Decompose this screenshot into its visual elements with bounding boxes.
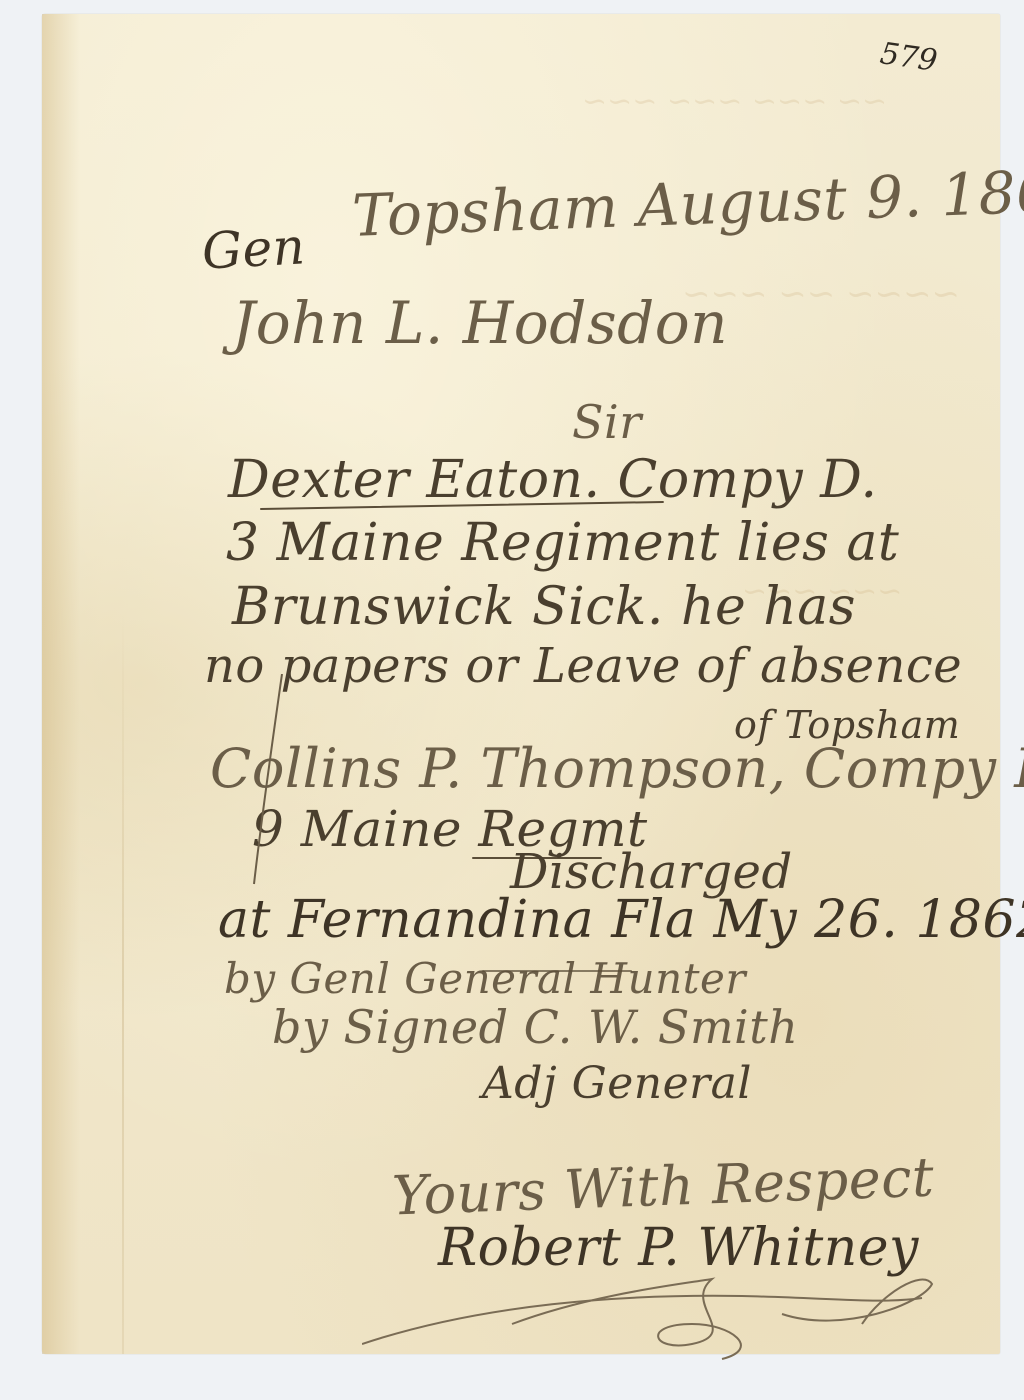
letter-line-9: by Genl General Hunter	[224, 958, 746, 1000]
salutation-title: Gen	[201, 221, 307, 276]
letter-line-11: Adj General	[482, 1062, 752, 1106]
letter-line-1: Dexter Eaton. Compy D.	[228, 454, 878, 506]
addressee-name: John L. Hodsdon	[232, 294, 728, 352]
letter-line-5: Collins P. Thompson, Compy B	[210, 742, 1024, 796]
letter-line-7: Discharged	[510, 848, 793, 896]
signature: Robert P. Whitney	[438, 1222, 919, 1274]
closing-phrase: Yours With Respect	[391, 1151, 935, 1224]
letter-line-3: Brunswick Sick. he has	[232, 581, 856, 633]
salutation: Sir	[572, 399, 642, 445]
letter-paper: ~~ ~~~ ~~~ ~~~ ~~~~ ~~ ~~~ ~~~ ~~~ 579 T…	[42, 14, 1000, 1354]
signature-flourish	[362, 1264, 982, 1374]
bleed-through-text: ~~ ~~~ ~~~ ~~~	[582, 84, 887, 119]
letter-line-10: by Signed C. W. Smith	[272, 1004, 798, 1050]
scanned-document-viewport: ~~ ~~~ ~~~ ~~~ ~~~~ ~~ ~~~ ~~~ ~~~ 579 T…	[0, 0, 1024, 1400]
letter-line-8: at Fernandina Fla My 26. 1862	[218, 894, 1024, 946]
letter-line-2: 3 Maine Regiment lies at	[226, 517, 899, 569]
place-and-date: Topsham August 9. 1862	[351, 161, 1024, 245]
letter-line-4: no papers or Leave of absence	[204, 642, 962, 690]
hunter-underline	[482, 970, 632, 972]
folio-number: 579	[878, 36, 940, 79]
